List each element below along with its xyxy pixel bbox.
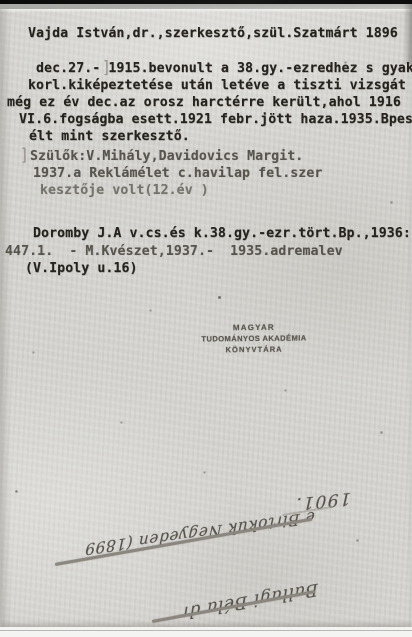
scanned-catalog-card: Vajda István,dr.,szerkesztő,szül.Szatmár… [0, 0, 412, 637]
stamp-line-2: TUDOMÁNYOS AKADÉMIA [193, 332, 315, 344]
pencil-bracket-mark: ] [103, 57, 109, 78]
stamp-line-3: KÖNYVTÁRA [193, 343, 315, 355]
card-right-edge-shadow [403, 4, 412, 64]
sources-line-2: 447.1. - M.Kvészet,1937.- 1935.adremalev [5, 244, 343, 259]
family-line-2: 1937.a Reklámélet c.havilap fel.szer [33, 166, 322, 181]
pencil-bracket-mark: ] [21, 145, 27, 166]
card-title-line: Vajda István,dr.,szerkesztő,szül.Szatmár… [28, 26, 398, 41]
paper-speckles [0, 0, 1, 1]
family-line-1: Szülők:V.Mihály,Davidovics Margit. [30, 149, 303, 164]
family-line-3: kesztője volt(12.év ) [40, 183, 209, 198]
library-stamp: MAGYAR TUDOMÁNYOS AKADÉMIA KÖNYVTÁRA [193, 322, 315, 355]
service-line-4: VI.6.fogságba esett.1921 febr.jött haza.… [19, 112, 412, 127]
scan-bottom-margin [0, 627, 412, 637]
service-line-1: dec.27.- 1915.bevonult a 38.gy.-ezredhez… [36, 61, 412, 76]
service-line-3: még ez év dec.az orosz harctérre került,… [7, 95, 401, 110]
sources-line-3: (V.Ipoly u.16) [25, 261, 138, 276]
scan-bottom-hairline [0, 630, 412, 631]
service-line-2: korl.kiképeztetése után letéve a tiszti … [28, 78, 406, 93]
service-line-5: élt mint szerkesztő. [29, 129, 190, 144]
sources-line-1: Doromby J.A v.cs.és k.38.gy.-ezr.tört.Bp… [33, 226, 411, 241]
